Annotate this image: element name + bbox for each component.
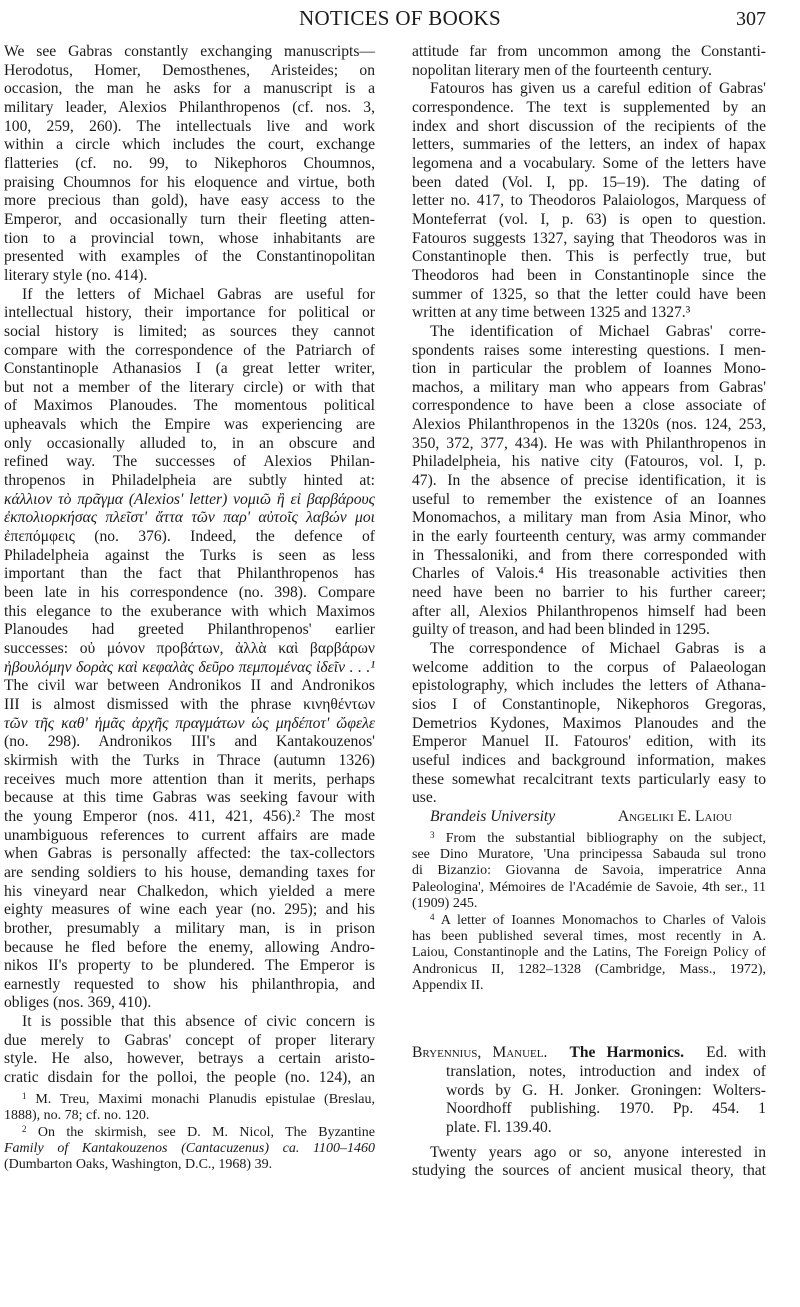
text-line: We see Gabras constantly exchanging manu…	[4, 43, 375, 62]
text-line: his vineyard near Chalkedon, which yield…	[4, 883, 375, 902]
text-line: Planoudes had greeted Philanthropenos' e…	[4, 621, 375, 640]
text-line: upheavals which the Empire was experienc…	[4, 416, 375, 435]
text-line: in Thessaloniki, and from there correspo…	[412, 547, 766, 566]
text-line: in the early fourteenth century, was arm…	[412, 528, 766, 547]
footnote-text: On the skirmish, see D. M. Nicol, The By…	[38, 1125, 375, 1140]
text-line: (1909) 245.	[412, 896, 766, 912]
text-line: are sending soldiers to his house, deman…	[4, 864, 375, 883]
footnote-1: 1 M. Treu, Maximi monachi Planudis epist…	[4, 1092, 375, 1108]
text-line: Herodotus, Homer, Demosthenes, Aristeide…	[4, 62, 375, 81]
text-line: occasion, the man he asks for a manuscri…	[4, 80, 375, 99]
text-line: cratic disdain for the polloi, the peopl…	[4, 1069, 375, 1088]
review-book-title: The Harmonics.	[569, 1044, 684, 1061]
text-line: studying the sources of ancient musical …	[412, 1162, 766, 1181]
text-line: Constantinople then. This is perfectly t…	[412, 248, 766, 267]
footnote-4: 4 A letter of Ioannes Monomachos to Char…	[412, 913, 766, 929]
text-line: due merely to Gabras' concept of proper …	[4, 1032, 375, 1051]
journal-page: NOTICES OF BOOKS 307 We see Gabras const…	[0, 0, 800, 1307]
text-line: correspondence to have been a close asso…	[412, 397, 766, 416]
text-line: Twenty years ago or so, anyone intereste…	[412, 1144, 766, 1163]
reviewer-affiliation: Brandeis University	[430, 808, 555, 827]
text-line: ἐπεπόμφεις (no. 376). Indeed, the defenc…	[4, 528, 375, 547]
footnote-text: A letter of Ioannes Monomachos to Charle…	[441, 913, 766, 928]
citation-text: Ed. with	[706, 1044, 766, 1061]
right-column: attitude far from uncommon among the Con…	[412, 43, 766, 1181]
text-line: Philadelpheia, his native city (Fatouros…	[412, 453, 766, 472]
text-line: has been published several times, most r…	[412, 929, 766, 945]
text-line: Philadelpheia against the Turks is seen …	[4, 547, 375, 566]
greek-quote-line: κάλλιον τὸ πρᾶγμα (Alexios' letter) νομι…	[4, 491, 375, 510]
text-line: style. He also, however, betrays a certa…	[4, 1050, 375, 1069]
text-line: di Bizanzio: Giovanna de Savoia, imperat…	[412, 863, 766, 879]
text-line: The civil war between Andronikos II and …	[4, 677, 375, 696]
text-line: skirmish with the Turks in Thrace (autum…	[4, 752, 375, 771]
text-line: 1888), no. 78; cf. no. 120.	[4, 1108, 375, 1124]
paragraph: attitude far from uncommon among the Con…	[412, 43, 766, 80]
text-line: attitude far from uncommon among the Con…	[412, 43, 766, 62]
running-head: NOTICES OF BOOKS 307	[0, 4, 800, 30]
text-line: useful to remember the existence of an I…	[412, 491, 766, 510]
book-review-heading: Bryennius, Manuel. The Harmonics. Ed. wi…	[412, 1044, 766, 1137]
text-line: Emperor, and occasionally turn their fle…	[4, 211, 375, 230]
text-line: when Gabras is personally affected: the …	[4, 845, 375, 864]
text-line: more precious than gold), have easy acce…	[4, 192, 375, 211]
text-line: Laiou, Constantinople and the Latins, Th…	[412, 945, 766, 961]
text-line: machos, a military man who appears from …	[412, 379, 766, 398]
citation-line: words by G. H. Jonker. Groningen: Wolter…	[412, 1082, 766, 1101]
text-line: index and short discussion of the recipi…	[412, 118, 766, 137]
text-line: Alexios Philanthropenos in the 1320s (no…	[412, 416, 766, 435]
text-line: thropenos in Philadelpheia are subtly hi…	[4, 472, 375, 491]
text-line: social history is limited; as sources th…	[4, 323, 375, 342]
text-line: military leader, Alexios Philanthropenos…	[4, 99, 375, 118]
text-line: Paleologina', Mémoires de l'Académie de …	[412, 880, 766, 896]
text-line: Theodoros had been in Constantinople sin…	[412, 267, 766, 286]
text-line: only occasionally alluded to, in an obsc…	[4, 435, 375, 454]
text-line: sios I of Constantinople, Nikephoros Gre…	[412, 696, 766, 715]
text-line: intellectual history, their importance f…	[4, 304, 375, 323]
reviewer-name: Angeliki E. Laiou	[618, 808, 732, 827]
text-line: flatteries (cf. no. 99, to Nikephoros Ch…	[4, 155, 375, 174]
text-line: the young Emperor (nos. 411, 421, 456).²…	[4, 808, 375, 827]
paragraph: The identification of Michael Gabras' co…	[412, 323, 766, 640]
text-line: letters, summaries of the letters, an in…	[412, 136, 766, 155]
text-line: epistolography, which includes the lette…	[412, 677, 766, 696]
review-signature: Brandeis University Angeliki E. Laiou	[412, 808, 766, 827]
paragraph: If the letters of Michael Gabras are use…	[4, 286, 375, 1014]
text-line: need have been no barrier to his further…	[412, 584, 766, 603]
text-line: after all, Alexios Philanthropenos himse…	[412, 603, 766, 622]
footnotes: 3 From the substantial bibliography on t…	[412, 831, 766, 995]
text-line: see Dino Muratore, 'Una principessa Saba…	[412, 847, 766, 863]
text-line: because at this time Gabras was seeking …	[4, 789, 375, 808]
review-book-author: Bryennius, Manuel.	[412, 1044, 547, 1061]
text-line: use.	[412, 789, 766, 808]
text-line: Fatouros has given us a careful edition …	[412, 80, 766, 99]
text-line: been dated (Vol. I, pp. 15–19). The dati…	[412, 174, 766, 193]
page-number: 307	[736, 8, 766, 31]
text-line: useful indices and background informatio…	[412, 752, 766, 771]
text-line: this elegance to the exuberance with whi…	[4, 603, 375, 622]
text-line: written at any time between 1325 and 132…	[412, 304, 766, 323]
text-line: Appendix II.	[412, 978, 766, 994]
text-line: brother, presumably a military man, is i…	[4, 920, 375, 939]
text-line: been late in his correspondence (no. 398…	[4, 584, 375, 603]
text-line: receives much more attention than it mer…	[4, 771, 375, 790]
citation-line: plate. Fl. 139.40.	[412, 1119, 766, 1138]
text-line: tion to a provincial town, whose inhabit…	[4, 230, 375, 249]
text-line: Emperor Manuel II. Fatouros' edition, wi…	[412, 733, 766, 752]
text-line: successes: οὐ μόνον προβάτων, ἀλλὰ καὶ β…	[4, 640, 375, 659]
text-line: guilty of treason, and had been blinded …	[412, 621, 766, 640]
citation-line: Bryennius, Manuel. The Harmonics. Ed. wi…	[412, 1044, 766, 1063]
greek-quote-line: ἐκπολιορκήσας πλεῖστ' ἄττα τῶν παρ' αὐτο…	[4, 509, 375, 528]
footnote-mark: 3	[430, 830, 435, 840]
text-line: welcome addition to the corpus of Palaeo…	[412, 659, 766, 678]
text-line: compare with the correspondence of the P…	[4, 342, 375, 361]
text-line: important than the fact that Philanthrop…	[4, 565, 375, 584]
text-line: tion in particular the problem of Ioanne…	[412, 360, 766, 379]
text-line: because he fled before the enemy, allowi…	[4, 939, 375, 958]
text-line: 47). In the absence of precise identific…	[412, 472, 766, 491]
text-line: 100, 259, 260). The intellectuals live a…	[4, 118, 375, 137]
footnote-2: 2 On the skirmish, see D. M. Nicol, The …	[4, 1125, 375, 1141]
text-line: Monomachos, a military man from Asia Min…	[412, 509, 766, 528]
text-line: but not a member of the literary circle)…	[4, 379, 375, 398]
paragraph: Twenty years ago or so, anyone intereste…	[412, 1144, 766, 1181]
footnote-text: M. Treu, Maximi monachi Planudis epistul…	[35, 1092, 375, 1107]
text-line: refined way. The successes of Alexios Ph…	[4, 453, 375, 472]
text-line: praising Choumnos for his eloquence and …	[4, 174, 375, 193]
citation-line: translation, notes, introduction and ind…	[412, 1063, 766, 1082]
text-line: presented with examples of the Constanti…	[4, 248, 375, 267]
footnote-mark: 2	[22, 1124, 27, 1134]
text-line: of Maximos Planoudes. The momentous poli…	[4, 397, 375, 416]
text-line: obliges (nos. 369, 410).	[4, 994, 375, 1013]
text-line: correspondence. The text is supplemented…	[412, 99, 766, 118]
text-line: (Dumbarton Oaks, Washington, D.C., 1968)…	[4, 1157, 375, 1173]
text-line: The correspondence of Michael Gabras is …	[412, 640, 766, 659]
text-line: unambiguous references to current affair…	[4, 827, 375, 846]
left-column: We see Gabras constantly exchanging manu…	[4, 43, 375, 1174]
greek-quote-line: τῶν τῆς καθ' ἡμᾶς ἀρχῆς πραγμάτων ὡς μηδ…	[4, 715, 375, 734]
text-line: Monteferrat (vol. I, p. 63) is open to q…	[412, 211, 766, 230]
text-line: literary style (no. 414).	[4, 267, 375, 286]
paragraph: Fatouros has given us a careful edition …	[412, 80, 766, 323]
text-line: The identification of Michael Gabras' co…	[412, 323, 766, 342]
running-title: NOTICES OF BOOKS	[0, 6, 800, 31]
text-line: (no. 298). Andronikos III's and Kantakou…	[4, 733, 375, 752]
footnotes: 1 M. Treu, Maximi monachi Planudis epist…	[4, 1092, 375, 1174]
greek-quote-line: ἠβουλόμην δορὰς καὶ κεφαλὰς δεῦρο πεμπομ…	[4, 659, 375, 678]
text-line: Demetrios Kydones, Maximos Planoudes and…	[412, 715, 766, 734]
text-line: spondents raises some interesting questi…	[412, 342, 766, 361]
text-line: summer of 1325, so that the letter could…	[412, 286, 766, 305]
text-line: letter no. 417, to Theodoros Palaiologos…	[412, 192, 766, 211]
section-spacer	[412, 994, 766, 1044]
text-line: It is possible that this absence of civi…	[4, 1013, 375, 1032]
text-line: legomena and a vocabulary. Some of the l…	[412, 155, 766, 174]
paragraph: We see Gabras constantly exchanging manu…	[4, 43, 375, 286]
text-line: If the letters of Michael Gabras are use…	[4, 286, 375, 305]
text-line: Constantinople Athanasios I (a great let…	[4, 360, 375, 379]
text-line: Fatouros suggests 1327, saying that Theo…	[412, 230, 766, 249]
text-line: eighty measures of wine each year (no. 2…	[4, 901, 375, 920]
text-line: within a circle which includes the court…	[4, 136, 375, 155]
text-line: these somewhat recalcitrant texts partic…	[412, 771, 766, 790]
footnote-mark: 4	[430, 912, 435, 922]
paragraph: The correspondence of Michael Gabras is …	[412, 640, 766, 808]
text-line: earnestly requested to show his philanth…	[4, 976, 375, 995]
text-line: Andronicus II, 1282–1328 (Cambridge, Mas…	[412, 962, 766, 978]
text-line: Charles of Valois.⁴ His treasonable acti…	[412, 565, 766, 584]
footnote-text: From the substantial bibliography on the…	[446, 831, 766, 846]
text-line: III is almost dismissed with the phrase …	[4, 696, 375, 715]
footnote-3: 3 From the substantial bibliography on t…	[412, 831, 766, 847]
text-line: 350, 372, 377, 434). He was with Philant…	[412, 435, 766, 454]
citation-line: Noordhoff publishing. 1970. Pp. 454. 1	[412, 1100, 766, 1119]
footnote-mark: 1	[22, 1091, 27, 1101]
text-line: nikos II's property to be plundered. The…	[4, 957, 375, 976]
text-line: Family of Kantakouzenos (Cantacuzenus) c…	[4, 1141, 375, 1157]
paragraph: It is possible that this absence of civi…	[4, 1013, 375, 1088]
text-line: nopolitan literary men of the fourteenth…	[412, 62, 766, 81]
